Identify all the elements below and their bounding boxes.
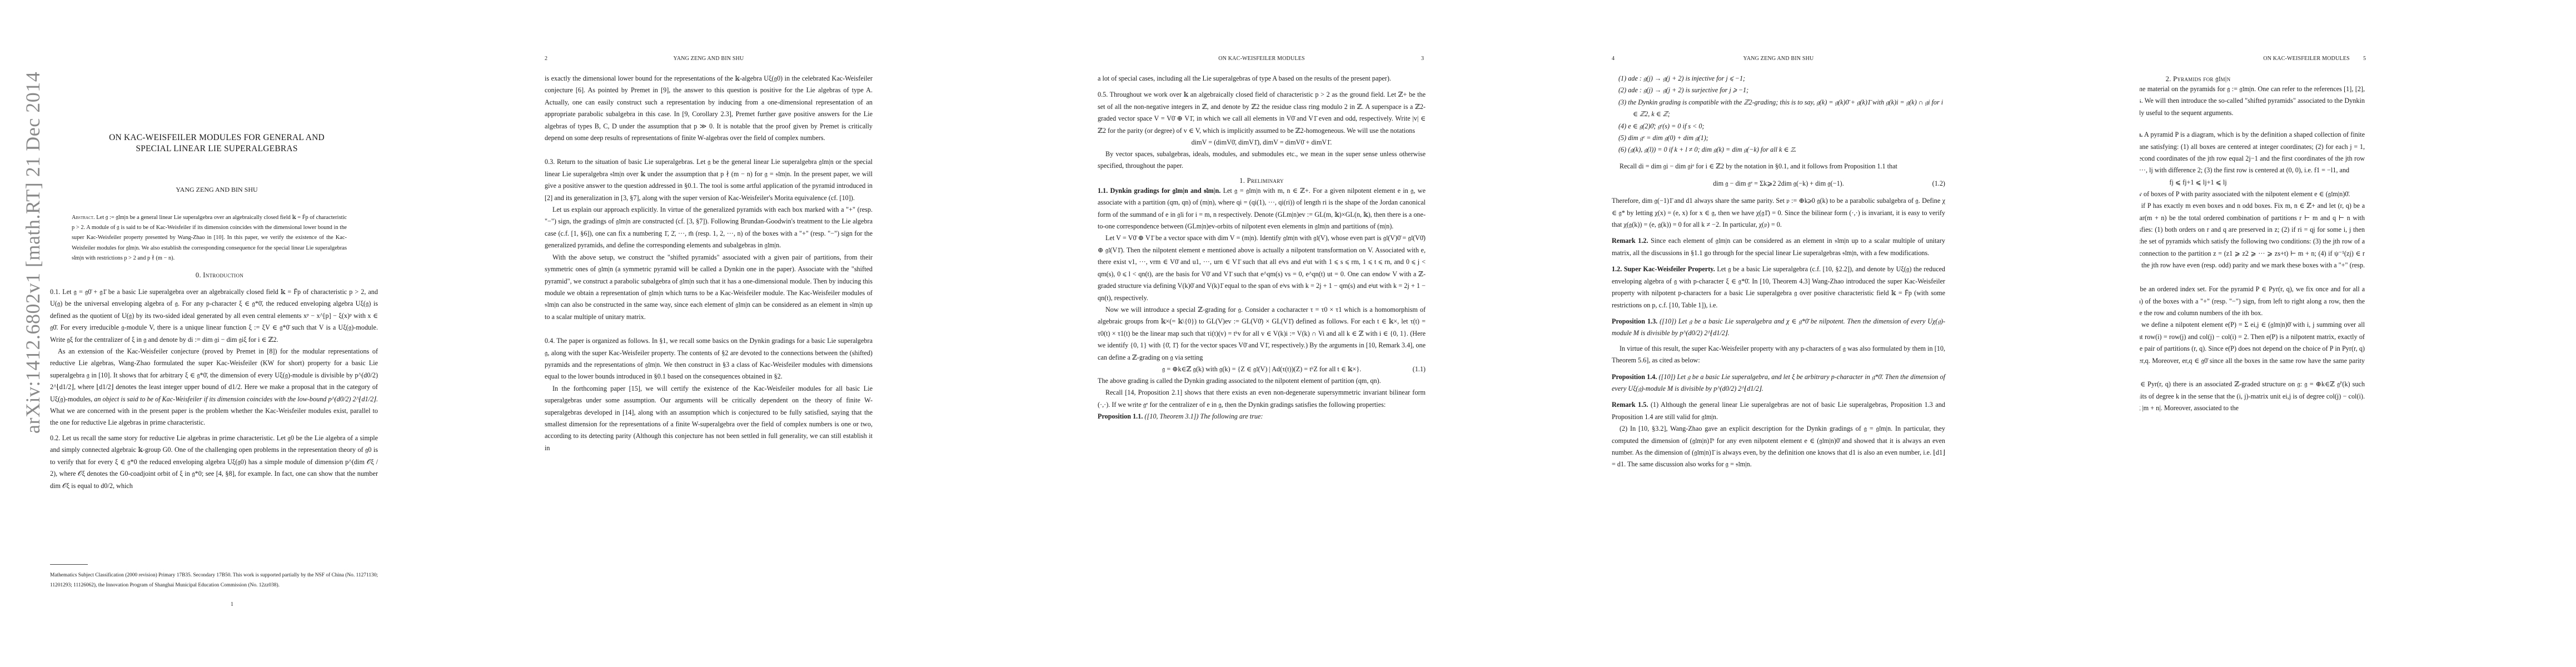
paragraph-0-5: 0.5. Throughout we work over 𝕜 an algebr… (1098, 89, 1426, 137)
paragraph-0-2: 0.2. Let us recall the same story for re… (50, 432, 378, 492)
paragraph-recall: Recall di = dim 𝔤i − dim 𝔤iᵉ for i ∈ ℤ2 … (1612, 161, 1945, 172)
equation-number-1-1: (1.1) (1413, 364, 1426, 375)
abstract: Abstract. Let 𝔤 := 𝔤𝔩m|n be a general li… (72, 213, 347, 263)
paragraph-1-1c: Now we will introduce a special ℤ-gradin… (1098, 304, 1426, 364)
paragraph-p2-continued: is exactly the dimensional lower bound f… (545, 73, 873, 144)
proposition-1-3-heading: Proposition 1.3. (1612, 317, 1657, 325)
paragraph-index-set: Let I = {1̄ < ··· < m̄ < 1 < ··· < n} be… (2031, 283, 2365, 319)
page-5: ON KAC-WEISFEILER MODULES 5 2. Pyramids … (2140, 0, 2573, 667)
property-list-item-1: (1) ade : 𝔤(j) → 𝔤(j + 2) is injective f… (1612, 73, 1945, 84)
paragraph-furthermore: Furthermore, for a given pyramid P ∈ Pyr… (2031, 379, 2365, 414)
remark-1-5: Remark 1.5. (1) Although the general lin… (1612, 399, 1945, 423)
paragraph-0-1: 0.1. Let 𝔤 = 𝔤0̄ + 𝔤1̄ be a basic Lie su… (50, 286, 378, 346)
proposition-1-3: Proposition 1.3. ([10]) Let 𝔤 be a basic… (1612, 316, 1945, 340)
page-number-3: 3 (1421, 56, 1424, 62)
proposition-1-1-heading: Proposition 1.1. (1098, 412, 1143, 420)
running-head-3: ON KAC-WEISFEILER MODULES (1098, 56, 1426, 62)
remark-1-5-heading: Remark 1.5. (1612, 401, 1648, 409)
equation-number-1-2: (1.2) (1932, 178, 1945, 190)
footnote: Mathematics Subject Classification (2000… (50, 570, 378, 590)
arxiv-identifier-stamp: arXiv:1412.6802v1 [math.RT] 21 Dec 2014 (4, 0, 38, 667)
proposition-1-1: Proposition 1.1. ([10, Theorem 3.1]) The… (1098, 411, 1426, 422)
paragraph-at-first: At first, we say that P has size (m|n) i… (2031, 200, 2365, 283)
section-title-preliminary: 1. Preliminary (1098, 177, 1426, 185)
page-number-5: 5 (2363, 56, 2366, 62)
page-2: 2 YANG ZENG AND BIN SHU is exactly the d… (545, 0, 878, 667)
remark-1-2-heading: Remark 1.2. (1612, 237, 1648, 245)
page-4: 4 YANG ZENG AND BIN SHU (1) ade : 𝔤(j) →… (1612, 0, 1956, 667)
abstract-label: Abstract. (72, 215, 95, 221)
paragraph-0-3: 0.3. Return to the situation of basic Li… (545, 156, 873, 204)
property-list-item-3: (3) the Dynkin grading is compatible wit… (1612, 97, 1945, 121)
paragraph-0-4b: In the forthcoming paper [15], we will c… (545, 383, 873, 454)
paragraph-0-5b: By vector spaces, subalgebras, ideals, m… (1098, 148, 1426, 172)
property-list-item-4: (4) e ∈ 𝔤(2)0̄; 𝔤ᵉ(s) = 0 if s < 0; (1612, 121, 1945, 132)
paragraph-writing: Writing ei,j for the (i, j)-matrix unit,… (2031, 319, 2365, 379)
property-list-item-5: (5) dim 𝔤ᵉ = dim 𝔤(0) + dim 𝔤(1); (1612, 132, 1945, 144)
paragraph-0-3c: With the above setup, we construct the "… (545, 252, 873, 323)
section-title-pyramids: 2. Pyramids for 𝔤𝔩m|n (2031, 75, 2365, 83)
paragraph-0-4: 0.4. The paper is organized as follows. … (545, 335, 873, 383)
paragraph-for-all-j: for all j. We will further endow each ro… (2031, 188, 2365, 200)
paragraph-1-1: 1.1. Dynkin gradings for 𝔤𝔩m|n and 𝔰𝔩m|n… (1098, 185, 1426, 233)
equation-f-inequality: fj ⩽ fj+1 ⩽ lj+1 ⩽ lj (2031, 177, 2365, 188)
paragraph-p3-continued: a lot of special cases, including all th… (1098, 73, 1426, 84)
remark-1-2: Remark 1.2. Since each element of 𝔤𝔩m|n … (1612, 235, 1945, 259)
paragraph-1-1d: The above grading is called the Dynkin g… (1098, 375, 1426, 387)
paragraph-0-1b: As an extension of the Kac-Weisfeiler co… (50, 346, 378, 429)
paper-title-line-1: ON KAC-WEISFEILER MODULES FOR GENERAL AN… (67, 132, 367, 143)
footnote-rule (50, 564, 88, 565)
equation-dims: dimV = (dimV0̄, dimV1̄), dimV = dimV0̄ +… (1098, 137, 1426, 148)
equation-1-1: 𝔤 = ⊕k∈ℤ 𝔤(k) with 𝔤(k) = {Z ∈ 𝔤𝔩(V) | A… (1098, 364, 1426, 375)
equation-1-2: dim 𝔤 − dim 𝔤ᵉ = Σk⩾2 2dim 𝔤(−k) + dim 𝔤… (1612, 178, 1945, 190)
authors: YANG ZENG AND BIN SHU (67, 186, 367, 194)
abstract-text: Let 𝔤 := 𝔤𝔩m|n be a general linear Lie s… (72, 215, 347, 261)
subsection-heading-2-1: 2.1. Pyramids for ℤ-gradings of 𝔤𝔩m|n. (2031, 131, 2142, 138)
paragraph-1-1b: Let V = V0̄ ⊕ V1̄ be a vector space with… (1098, 232, 1426, 303)
remark-1-5-part-2: (2) In [10, §3.2], Wang-Zhao gave an exp… (1612, 423, 1945, 471)
proposition-1-4: Proposition 1.4. ([10]) Let 𝔤 be a basic… (1612, 371, 1945, 395)
running-head-2: YANG ZENG AND BIN SHU (545, 56, 873, 62)
running-head-5: ON KAC-WEISFEILER MODULES (2140, 56, 2473, 62)
paragraph-pyramids-intro: In this section we will first recall som… (2031, 83, 2365, 119)
paper-title-line-2: SPECIAL LINEAR LIE SUPERALGEBRAS (67, 143, 367, 155)
paragraph-0-3b: Let us explain our approach explicitly. … (545, 204, 873, 252)
page-1: ON KAC-WEISFEILER MODULES FOR GENERAL AN… (56, 0, 383, 667)
subsection-heading-1-2: 1.2. Super Kac-Weisfeiler Property. (1612, 265, 1715, 273)
subsection-heading-1-1: 1.1. Dynkin gradings for 𝔤𝔩m|n and 𝔰𝔩m|n… (1098, 187, 1220, 195)
running-head-4: YANG ZENG AND BIN SHU (1612, 56, 1945, 62)
page-number-1: 1 (231, 601, 233, 608)
arxiv-stamp-text: arXiv:1412.6802v1 [math.RT] 21 Dec 2014 (21, 72, 44, 434)
subsection-2-1: 2.1. Pyramids for ℤ-gradings of 𝔤𝔩m|n. A… (2031, 129, 2365, 177)
subsection-1-2: 1.2. Super Kac-Weisfeiler Property. Let … (1612, 263, 1945, 311)
property-list-item-2: (2) ade : 𝔤(j) → 𝔤(j + 2) is surjective … (1612, 84, 1945, 96)
section-title-introduction: 0. Introduction (56, 271, 383, 280)
property-list-item-6: (6) (𝔤(k), 𝔤(l)) = 0 if k + l ≠ 0; dim 𝔤… (1612, 144, 1945, 156)
page-3: ON KAC-WEISFEILER MODULES 3 a lot of spe… (1098, 0, 1431, 667)
paragraph-virtue: In virtue of this result, the super Kac-… (1612, 343, 1945, 367)
paragraph-therefore: Therefore, dim 𝔤(−1)1̄ and d1 always sha… (1612, 195, 1945, 231)
kac-weisfeiler-definition: an object is said to be of Kac-Weisfeile… (94, 395, 378, 403)
proposition-1-4-heading: Proposition 1.4. (1612, 373, 1657, 381)
paragraph-1-1e: Recall [14, Proposition 2.1] shows that … (1098, 387, 1426, 411)
